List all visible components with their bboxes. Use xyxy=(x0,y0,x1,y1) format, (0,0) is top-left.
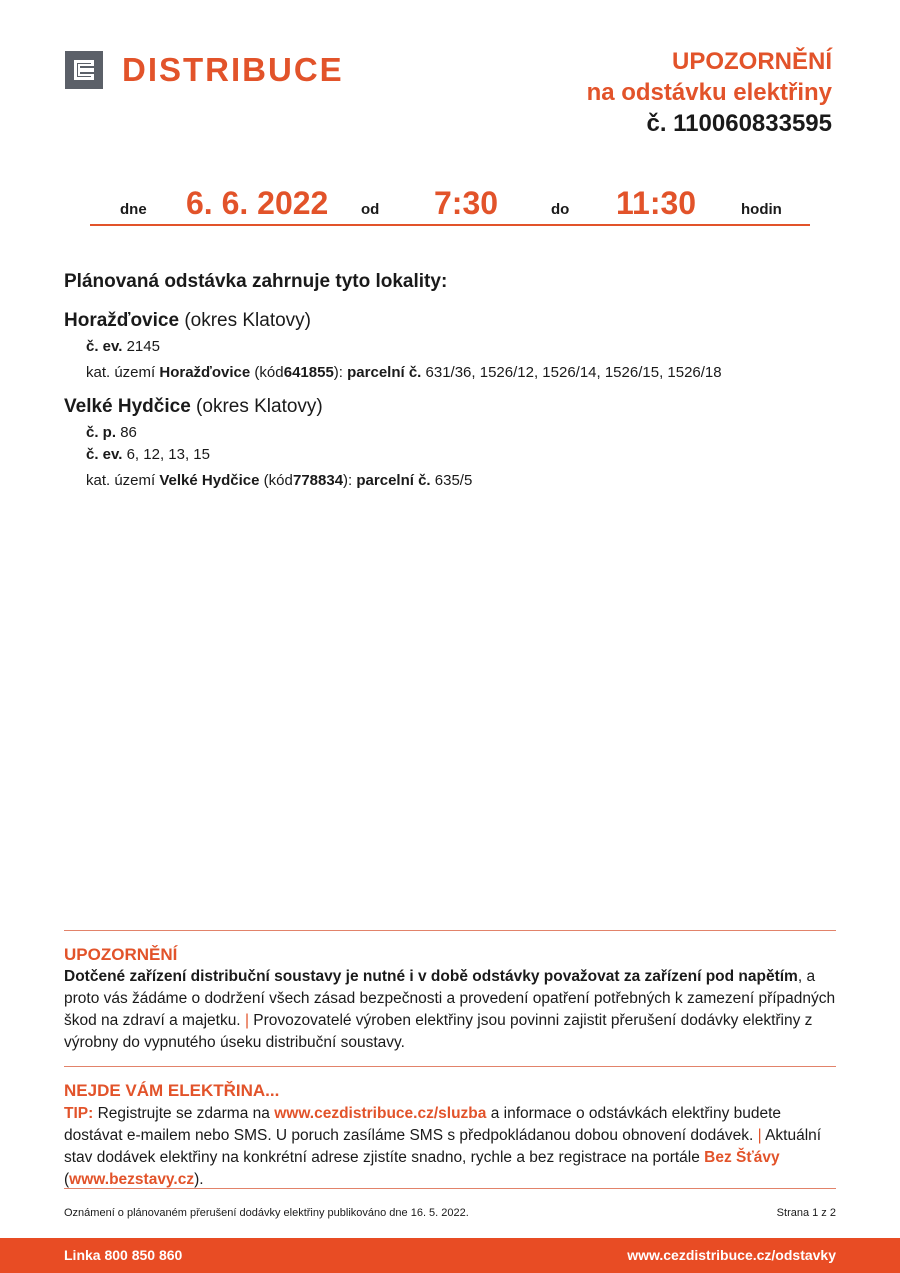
divider xyxy=(64,930,836,931)
notice-title: UPOZORNĚNÍ na odstávku elektřiny č. 1100… xyxy=(587,46,832,139)
tip-text: TIP: Registrujte se zdarma na www.cezdis… xyxy=(64,1103,839,1191)
locality-district: (okres Klatovy) xyxy=(196,396,323,417)
hours-label: hodin xyxy=(741,201,782,218)
code-prefix: (kód xyxy=(254,364,283,381)
warning-bold-text: Dotčené zařízení distribuční soustavy je… xyxy=(64,968,798,985)
locality-district: (okres Klatovy) xyxy=(184,310,311,331)
outage-start-time: 7:30 xyxy=(434,185,498,222)
line-label: č. p. xyxy=(86,424,116,441)
cadastre-code: 778834 xyxy=(293,472,343,489)
divider xyxy=(64,1188,836,1189)
brand-name: DISTRIBUCE xyxy=(122,50,344,90)
outages-website-link[interactable]: www.cezdistribuce.cz/odstavky xyxy=(627,1247,836,1263)
locality-title: Velké Hydčice (okres Klatovy) xyxy=(64,396,323,418)
notice-number: č. 110060833595 xyxy=(587,108,832,139)
code-prefix: (kód xyxy=(264,472,293,489)
parcel-numbers: 631/36, 1526/12, 1526/14, 1526/15, 1526/… xyxy=(426,364,722,381)
cadastre-prefix: kat. území xyxy=(86,364,155,381)
line-value: 2145 xyxy=(127,338,160,355)
cadastre-name: Horažďovice xyxy=(159,364,250,381)
from-label: od xyxy=(361,201,379,218)
date-label: dne xyxy=(120,201,147,218)
cadastre-line: kat. území Horažďovice (kód 641855): par… xyxy=(86,364,722,381)
outage-date: 6. 6. 2022 xyxy=(186,185,328,222)
cadastre-line: kat. území Velké Hydčice (kód 778834): p… xyxy=(86,472,472,489)
line-label: č. ev. xyxy=(86,446,122,463)
cez-logo-icon xyxy=(65,51,103,89)
warning-heading: UPOZORNĚNÍ xyxy=(64,945,177,965)
line-label: č. ev. xyxy=(86,338,122,355)
publication-note: Oznámení o plánovaném přerušení dodávky … xyxy=(64,1207,469,1219)
tip-text-1: Registrujte se zdarma na xyxy=(93,1105,274,1122)
title-heading: UPOZORNĚNÍ xyxy=(587,46,832,77)
portal-name: Bez Šťávy xyxy=(704,1149,780,1166)
locality-line: č. p. 86 xyxy=(86,424,137,441)
outage-datetime-row: dne 6. 6. 2022 od 7:30 do 11:30 hodin xyxy=(90,180,810,226)
locality-line: č. ev. 2145 xyxy=(86,338,160,355)
tip-label: TIP: xyxy=(64,1105,93,1122)
to-label: do xyxy=(551,201,569,218)
line-value: 6, 12, 13, 15 xyxy=(127,446,210,463)
footer-bar: Linka 800 850 860 www.cezdistribuce.cz/o… xyxy=(0,1238,900,1273)
code-suffix: ): xyxy=(334,364,343,381)
paren: ). xyxy=(194,1171,203,1188)
locality-name: Horažďovice xyxy=(64,310,179,331)
separator: | xyxy=(245,1012,249,1029)
line-value: 86 xyxy=(120,424,137,441)
warning-text: Dotčené zařízení distribuční soustavy je… xyxy=(64,966,839,1054)
hotline[interactable]: Linka 800 850 860 xyxy=(64,1247,182,1263)
cadastre-code: 641855 xyxy=(284,364,334,381)
tip-heading: NEJDE VÁM ELEKTŘINA... xyxy=(64,1081,279,1101)
localities-intro: Plánovaná odstávka zahrnuje tyto lokalit… xyxy=(64,271,447,293)
divider xyxy=(64,1066,836,1067)
parcel-label: parcelní č. xyxy=(347,364,421,381)
page-number: Strana 1 z 2 xyxy=(777,1207,836,1219)
separator: | xyxy=(758,1127,762,1144)
service-link[interactable]: www.cezdistribuce.cz/sluzba xyxy=(274,1105,486,1122)
parcel-numbers: 635/5 xyxy=(435,472,473,489)
cadastre-prefix: kat. území xyxy=(86,472,155,489)
title-subheading: na odstávku elektřiny xyxy=(587,77,832,108)
outage-end-time: 11:30 xyxy=(616,185,696,222)
locality-name: Velké Hydčice xyxy=(64,396,191,417)
code-suffix: ): xyxy=(343,472,352,489)
cadastre-name: Velké Hydčice xyxy=(159,472,259,489)
bezstavy-link[interactable]: www.bezstavy.cz xyxy=(69,1171,194,1188)
locality-line: č. ev. 6, 12, 13, 15 xyxy=(86,446,210,463)
locality-title: Horažďovice (okres Klatovy) xyxy=(64,310,311,332)
parcel-label: parcelní č. xyxy=(356,472,430,489)
